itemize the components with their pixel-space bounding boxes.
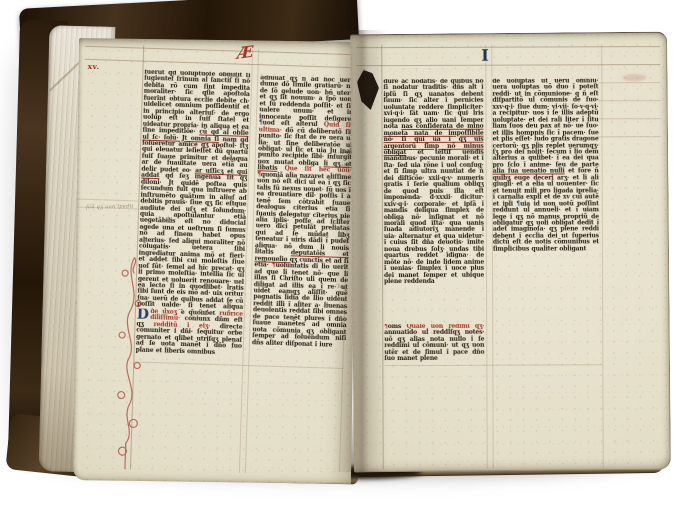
gutter-annotation: ĺvy bbox=[338, 285, 345, 290]
ruling-line bbox=[598, 118, 660, 119]
ruling-line bbox=[356, 64, 660, 66]
ruling-line bbox=[356, 46, 660, 48]
ruling-line bbox=[598, 82, 660, 83]
text-column-d: de uoĺuptas ut uerũ omniũ· uera uoĺuptas… bbox=[492, 78, 599, 362]
ruling-line bbox=[85, 46, 351, 55]
left-page: xv. Æ ſcõ qʒ uon ĩpedit fuerũt qd u bbox=[73, 38, 357, 484]
ruling-line bbox=[76, 199, 138, 202]
right-page: I dure ac nodatis· de quibus nõ ſi nodat… bbox=[350, 32, 671, 473]
chapter-number: xv. bbox=[88, 62, 100, 71]
ruling-line bbox=[384, 364, 602, 366]
offset-stain bbox=[622, 74, 646, 81]
ruling-line bbox=[485, 45, 487, 469]
ruling-line bbox=[598, 100, 660, 101]
gutter-annotation: + bbox=[347, 209, 351, 214]
text-column-c: dure ac nodatis· de quibus nõ ſi nodatur… bbox=[383, 79, 484, 324]
manuscript-photo: xv. Æ ſcõ qʒ uon ĩpedit fuerũt qd u bbox=[0, 0, 700, 506]
gutter-annotation: aĺpi bbox=[341, 164, 349, 169]
quire-mark: Æ bbox=[237, 42, 253, 63]
ruling-line bbox=[599, 136, 661, 137]
penwork-flourish bbox=[110, 255, 149, 474]
folio-letter: I bbox=[481, 46, 489, 65]
text-column-a-foot: de uxoʒ De quoĺibet rubrice diĺiſſimũ· c… bbox=[135, 309, 243, 365]
ruling-line bbox=[85, 59, 351, 68]
gutter-annotation: aĺ ıth bbox=[340, 151, 352, 156]
ruling-line bbox=[601, 44, 603, 468]
text-column-a: fuerũt qd uoluptuoſe obmiſit ſi ſugiente… bbox=[137, 70, 250, 312]
text-column-c-foot: ¶oms Quale uon redimi qʒ· annuatido uĺ r… bbox=[384, 324, 484, 364]
text-column-b: adiuuat qʒ ñ ad hoc uere dume dõ ſimile … bbox=[251, 75, 354, 369]
